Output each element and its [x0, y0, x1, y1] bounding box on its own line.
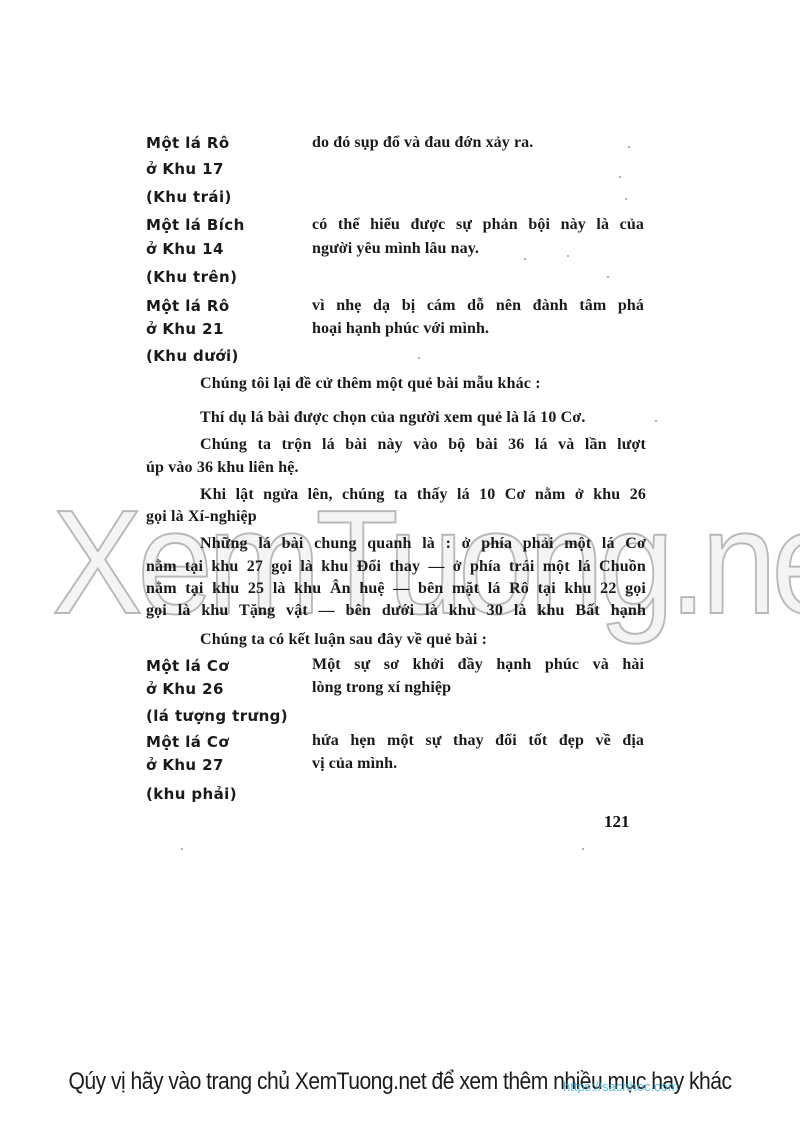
- paragraph-line: gọi là Xí-nghiệp: [146, 508, 646, 526]
- card-meaning-line: người yêu mình lâu nay.: [312, 240, 644, 258]
- paragraph-line: nằm tại khu 27 gọi là khu Đổi thay — ở p…: [146, 558, 646, 576]
- position-label: (khu phải): [146, 785, 237, 803]
- zone-label: ở Khu 14: [146, 240, 224, 258]
- book-page: XemTuong.net Một lá Rô do đó sụp đổ và đ…: [0, 0, 800, 1132]
- paragraph-line: Chúng ta có kết luận sau đây về quẻ bài …: [200, 631, 646, 649]
- paragraph-line: nằm tại khu 25 là khu Ân huệ — bên mặt l…: [146, 580, 646, 598]
- scan-speck: [582, 848, 584, 850]
- scan-speck: [181, 848, 183, 850]
- card-label: Một lá Rô: [146, 134, 230, 152]
- scan-speck: [567, 255, 569, 257]
- position-label: (Khu dưới): [146, 347, 239, 365]
- card-meaning-line: Một sự sơ khởi đầy hạnh phúc và hài: [312, 656, 644, 674]
- paragraph-line: Chúng ta trộn lá bài này vào bộ bài 36 l…: [200, 436, 646, 454]
- card-label: Một lá Rô: [146, 297, 230, 315]
- card-label: Một lá Bích: [146, 216, 245, 234]
- zone-label: ở Khu 27: [146, 756, 224, 774]
- paragraph-line: Thí dụ lá bài được chọn của người xem qu…: [200, 409, 646, 427]
- zone-label: ở Khu 26: [146, 680, 224, 698]
- card-label: Một lá Cơ: [146, 657, 229, 675]
- card-meaning-line: vì nhẹ dạ bị cám dỗ nên đành tâm phá: [312, 297, 644, 315]
- card-meaning-line: do đó sụp đổ và đau đớn xảy ra.: [312, 134, 644, 152]
- position-label: (Khu trên): [146, 268, 237, 286]
- card-meaning-line: hứa hẹn một sự thay đổi tốt đẹp về địa: [312, 732, 644, 750]
- card-label: Một lá Cơ: [146, 733, 229, 751]
- scan-speck: [607, 276, 609, 278]
- paragraph-line: úp vào 36 khu liên hệ.: [146, 459, 646, 477]
- scan-speck: [524, 258, 526, 260]
- paragraph-line: Khi lật ngửa lên, chúng ta thấy lá 10 Cơ…: [200, 486, 646, 504]
- page-number: 121: [604, 812, 630, 832]
- scan-speck: [619, 176, 621, 178]
- scan-speck: [418, 357, 420, 359]
- paragraph-line: Chúng tôi lại đề cử thêm một quẻ bài mẫu…: [200, 375, 646, 393]
- paragraph-line: gọi là khu Tặng vật — bên dưới là khu 30…: [146, 602, 646, 620]
- card-meaning-line: lòng trong xí nghiệp: [312, 679, 644, 697]
- card-meaning-line: hoại hạnh phúc với mình.: [312, 320, 644, 338]
- scan-speck: [655, 420, 657, 422]
- position-label: (lá tượng trưng): [146, 707, 288, 725]
- paragraph-line: Những lá bài chung quanh là : ở phía phả…: [200, 535, 646, 553]
- footer-overlay-link[interactable]: https://sachhoc.com: [563, 1079, 679, 1094]
- scan-speck: [628, 146, 630, 148]
- card-meaning-line: vị của mình.: [312, 755, 644, 773]
- zone-label: ở Khu 17: [146, 160, 224, 178]
- scan-speck: [625, 198, 627, 200]
- card-meaning-line: có thể hiểu được sự phản bội này là của: [312, 216, 644, 234]
- zone-label: ở Khu 21: [146, 320, 224, 338]
- position-label: (Khu trái): [146, 188, 232, 206]
